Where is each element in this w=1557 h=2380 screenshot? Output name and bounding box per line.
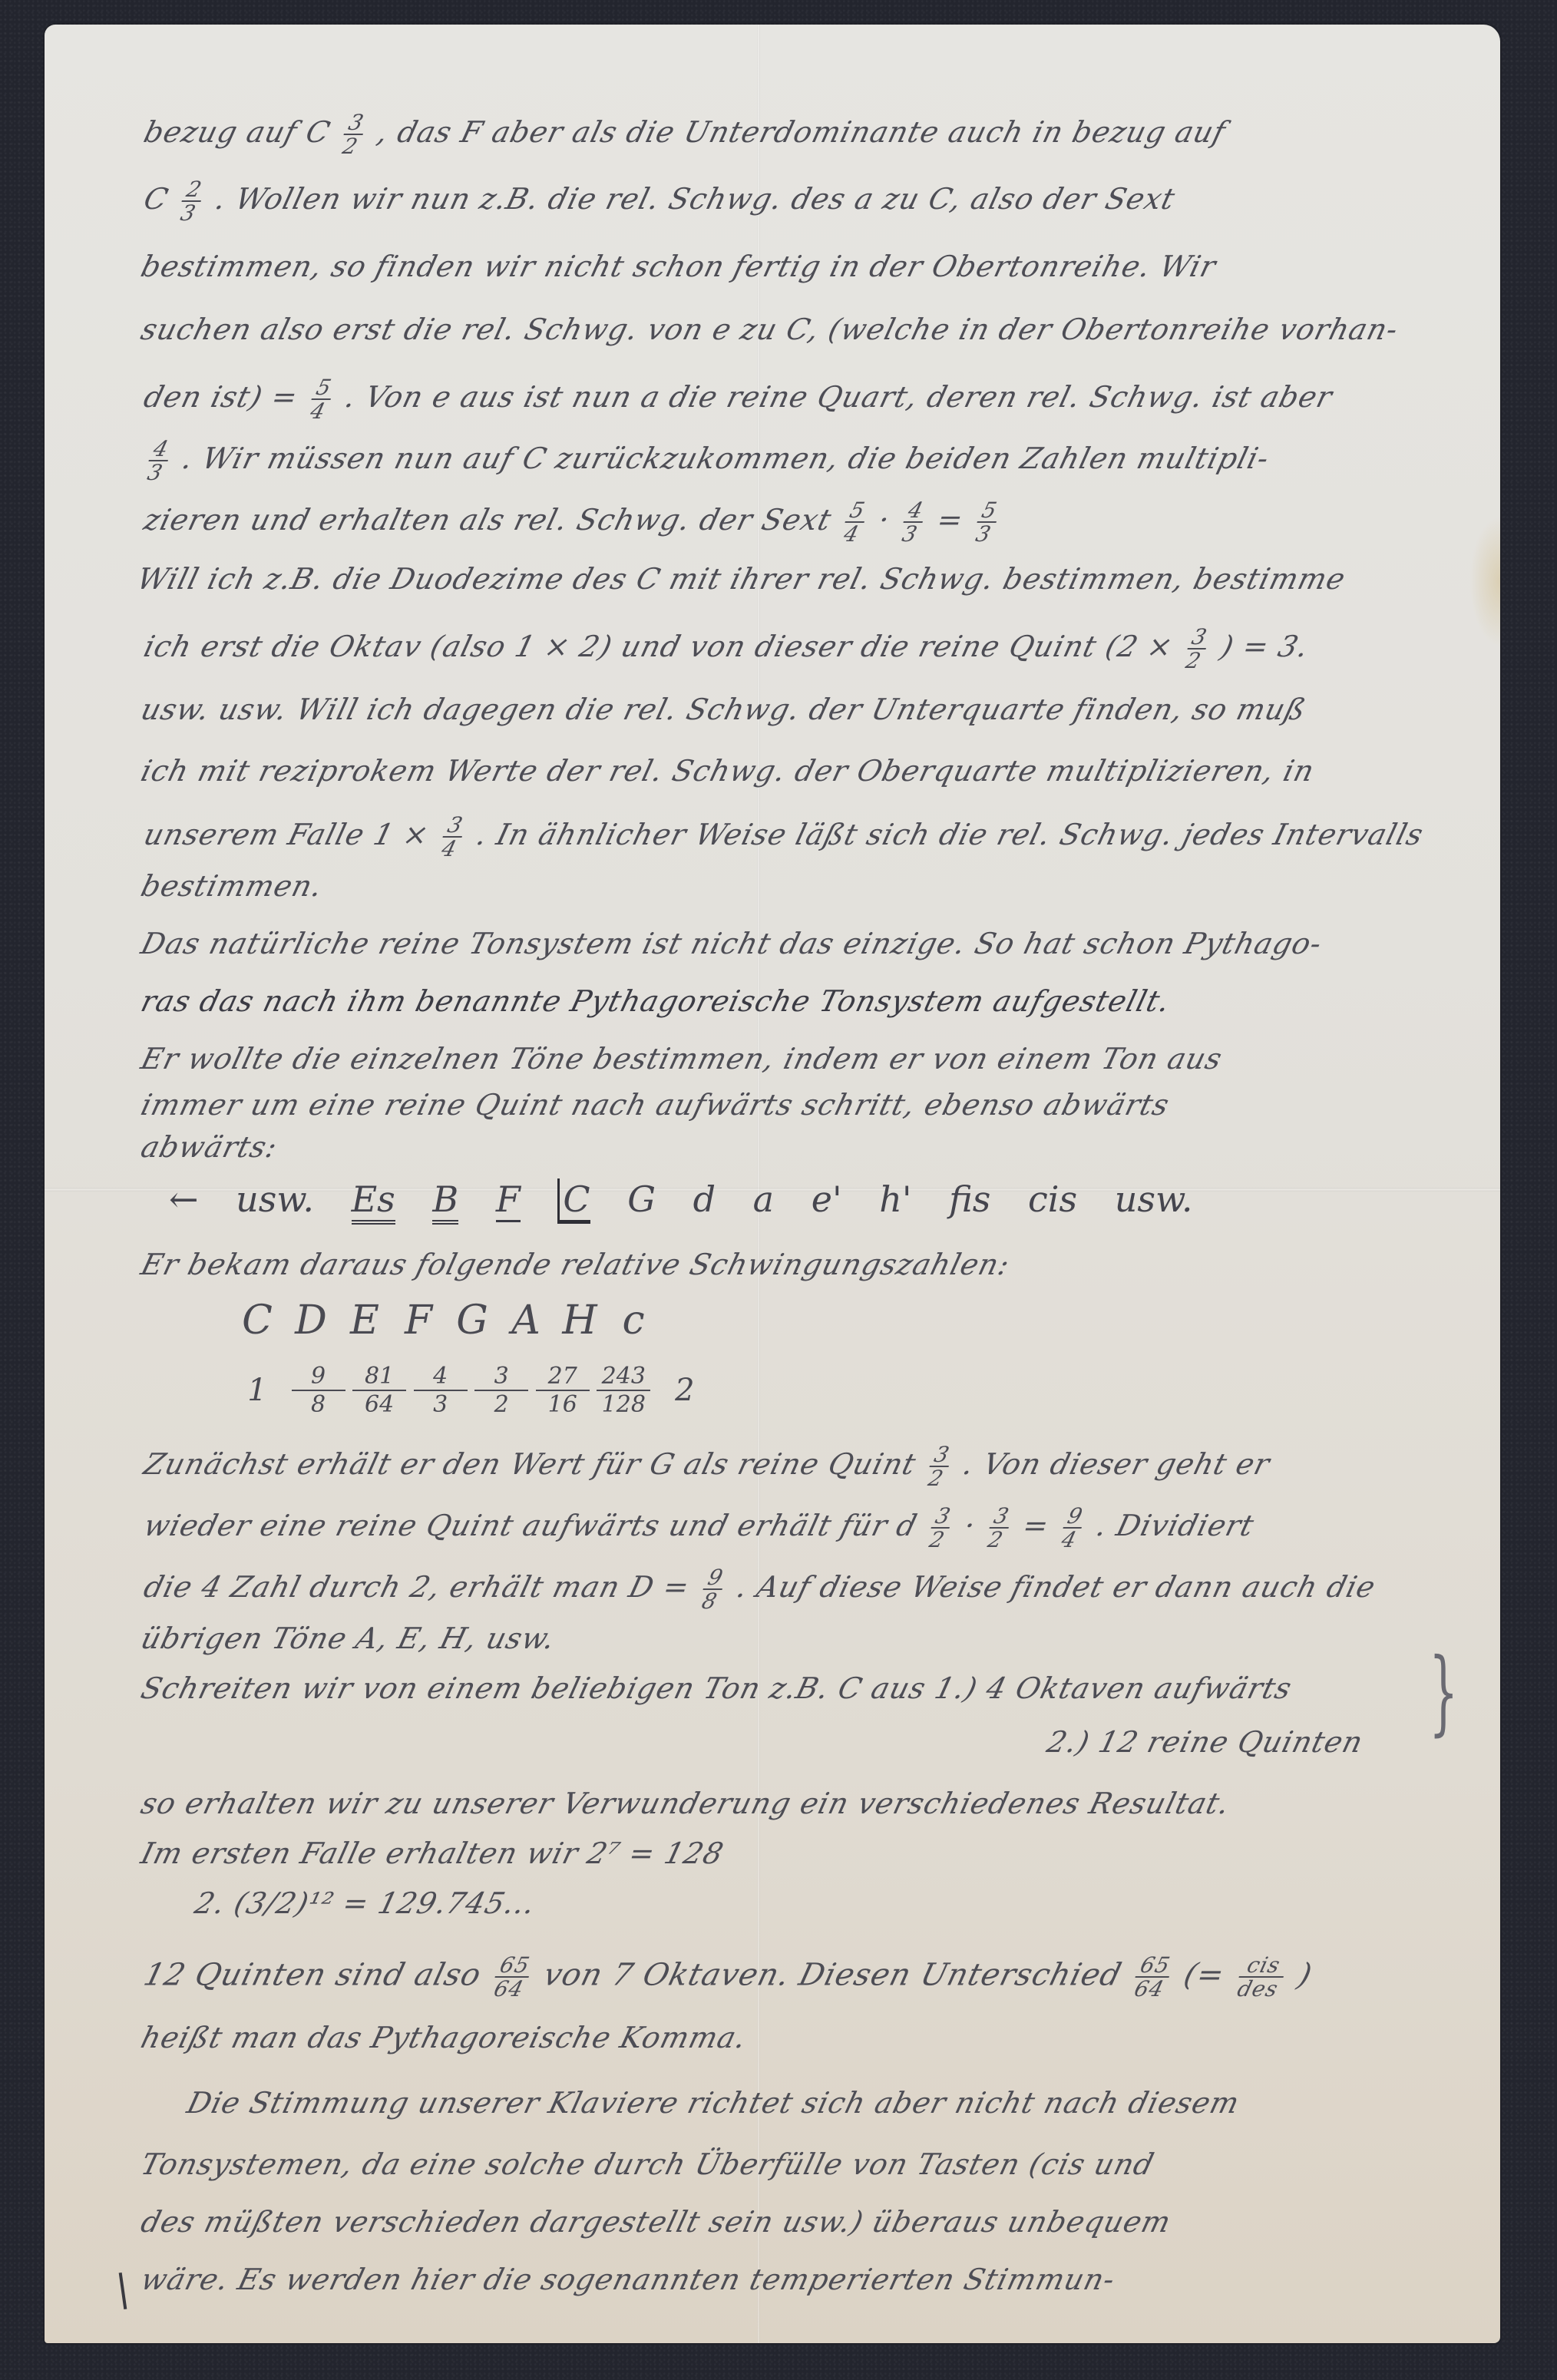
text-line: bestimmen, so finden wir nicht schon fer… — [138, 252, 1526, 281]
text-line: zieren und erhalten als rel. Schwg. der … — [138, 499, 1530, 546]
note-cis: cis — [1028, 1178, 1077, 1220]
text-line: C 23 . Wollen wir nun z.B. die rel. Schw… — [138, 178, 1530, 225]
text-line: die 4 Zahl durch 2, erhält man D = 98 . … — [138, 1566, 1530, 1613]
text-line: Tonsystemen, da eine solche durch Überfü… — [138, 2150, 1526, 2179]
text-line: Zunächst erhält er den Wert für G als re… — [138, 1443, 1530, 1490]
note-f: F — [496, 1178, 521, 1222]
text-line: immer um eine reine Quint nach aufwärts … — [138, 1090, 1526, 1119]
text-line: Will ich z.B. die Duodezime des C mit ih… — [134, 564, 1526, 593]
scale-ratios: 1 98 8164 43 32 2716 243128 2 — [230, 1363, 712, 1418]
text-line: heißt man das Pythagoreische Komma. — [138, 2023, 1526, 2052]
text-line: so erhalten wir zu unserer Verwunderung … — [138, 1789, 1526, 1818]
text-line: Im ersten Falle erhalten wir 2⁷ = 128 — [138, 1839, 1526, 1868]
note-h: h' — [879, 1178, 911, 1220]
text-line: ich erst die Oktav (also 1 × 2) und von … — [138, 626, 1530, 673]
note-e: e' — [812, 1178, 842, 1220]
note-c-boxed: C — [557, 1178, 590, 1224]
text-line: usw. usw. Will ich dagegen die rel. Schw… — [138, 695, 1526, 724]
text-line: bezug auf C 32 , das F aber als die Unte… — [138, 111, 1530, 158]
arrow-left-icon: ← — [169, 1178, 199, 1220]
text-line: den ist) = 54 . Von e aus ist nun a die … — [138, 376, 1530, 423]
text-line: wäre. Es werden hier die sogenannten tem… — [138, 2265, 1526, 2294]
text-line: übrigen Töne A, E, H, usw. — [138, 1624, 1526, 1653]
text-line: 2. (3/2)¹² = 129.745... — [192, 1889, 1526, 1918]
text-line: abwärts: — [138, 1132, 1526, 1162]
note-fis: fis — [949, 1178, 990, 1220]
text-line: Er wollte die einzelnen Töne bestimmen, … — [138, 1044, 1526, 1073]
note-a: a — [753, 1178, 774, 1220]
text-line: unserem Falle 1 × 34 . In ähnlicher Weis… — [138, 814, 1530, 861]
note-d: d — [693, 1178, 716, 1220]
text-line: 43 . Wir müssen nun auf C zurückzukommen… — [138, 438, 1530, 484]
note-b: B — [432, 1178, 458, 1225]
text-line: Das natürliche reine Tonsystem ist nicht… — [138, 929, 1526, 958]
text-line: Die Stimmung unserer Klaviere richtet si… — [184, 2088, 1526, 2117]
scale-note-names: CDEFGAHc — [230, 1297, 660, 1344]
text-line: Schreiten wir von einem beliebigen Ton z… — [138, 1674, 1526, 1703]
text-line: suchen also erst die rel. Schwg. von e z… — [138, 315, 1526, 344]
text-line: des müßten verschieden dargestellt sein … — [138, 2207, 1526, 2236]
note-es: Es — [352, 1178, 395, 1225]
text-line: bestimmen. — [138, 871, 1526, 901]
note-g: G — [627, 1178, 656, 1220]
curly-brace: } — [1429, 1639, 1458, 1746]
text-line: wieder eine reine Quint aufwärts und erh… — [138, 1505, 1530, 1552]
text-line: ras das nach ihm benannte Pythagoreische… — [138, 987, 1526, 1016]
text-line: Er bekam daraus folgende relative Schwin… — [138, 1250, 1526, 1279]
text-line: ich mit reziprokem Werte der rel. Schwg.… — [138, 756, 1526, 785]
fifths-chain: ← usw. Es B F C G d a e' h' fis cis usw. — [169, 1178, 1219, 1225]
text-line: 12 Quinten sind also 6564 von 7 Oktaven.… — [138, 1954, 1530, 2001]
